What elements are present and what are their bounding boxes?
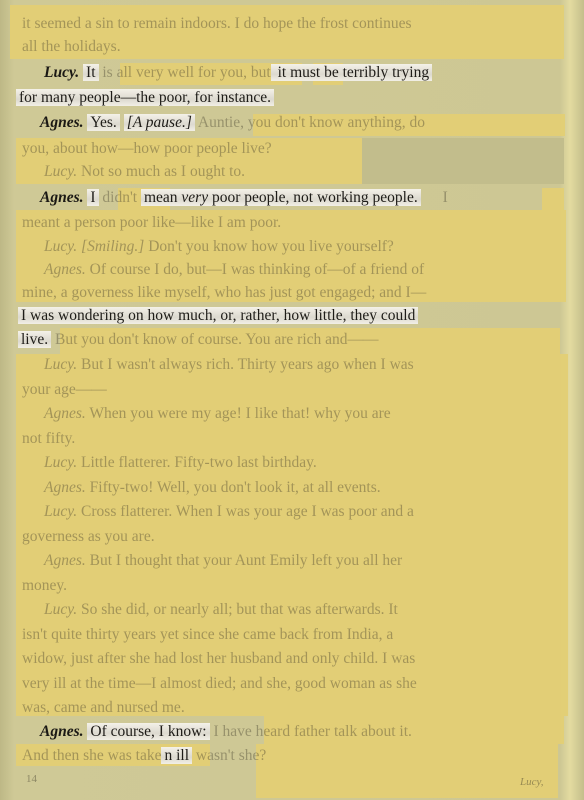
dialogue-line: Agnes. Of course I do, but—I was thinkin… xyxy=(44,260,424,280)
text-line: governess as you are. xyxy=(22,527,155,547)
text-line: not fifty. xyxy=(22,429,75,449)
highlight-block xyxy=(542,188,564,210)
clipped-phrase: mean very poor people, not working peopl… xyxy=(141,189,421,206)
faded-text: And then she was take xyxy=(22,747,161,764)
text-line: you, about how—how poor people live? xyxy=(22,139,272,159)
scanned-book-page: it seemed a sin to remain indoors. I do … xyxy=(0,0,584,800)
dialogue-line: Lucy. It is all very well for you, but i… xyxy=(44,63,432,83)
faded-text: is all very well for you, xyxy=(99,64,251,81)
clipped-word: Yes. xyxy=(87,114,119,131)
faded-text: wasn't she? xyxy=(192,747,266,764)
clipped-phrase: I was wondering on how much, or, rather,… xyxy=(18,307,418,324)
highlight-block xyxy=(256,744,558,798)
text: poor people, not working people. xyxy=(208,189,418,206)
text-line: widow, just after she had lost her husba… xyxy=(22,649,415,669)
faded-text: Auntie, you don't know anything, do xyxy=(198,114,425,131)
stage-direction: [Smiling.] xyxy=(81,238,144,255)
speaker-name: Agnes. xyxy=(44,405,86,422)
speaker-name: Agnes. xyxy=(44,479,86,496)
speaker-name: Lucy. xyxy=(44,163,77,180)
stage-direction: [A pause.] xyxy=(124,114,195,131)
dialogue-line: Agnes. When you were my age! I like that… xyxy=(44,404,391,424)
speaker-name: Lucy. xyxy=(44,601,77,618)
dialogue-line: Lucy. Little flatterer. Fifty-two last b… xyxy=(44,453,317,473)
text-line: mine, a governess like myself, who has j… xyxy=(22,283,426,303)
faded-text: I have heard father talk about it. xyxy=(213,723,411,740)
faded-text: I xyxy=(443,189,448,206)
text-line: isn't quite thirty years yet since she c… xyxy=(22,625,393,645)
text-line: it seemed a sin to remain indoors. I do … xyxy=(22,14,412,34)
faded-text: Not so much as I ought to. xyxy=(81,163,245,180)
dialogue-line: Agnes. But I thought that your Aunt Emil… xyxy=(44,551,402,571)
clipped-word: I xyxy=(87,189,98,206)
speaker-name: Lucy. xyxy=(44,454,77,471)
dialogue-line: Lucy. [Smiling.] Don't you know how you … xyxy=(44,237,394,257)
text: mean xyxy=(144,189,181,206)
dialogue-line: live. But you don't know of course. You … xyxy=(18,330,379,350)
faded-text: Fifty-two! Well, you don't look it, at a… xyxy=(90,479,381,496)
speaker-name: Agnes. xyxy=(40,723,84,740)
dialogue-line: Agnes. I didn't mean very poor people, n… xyxy=(40,188,448,208)
emphasis: very xyxy=(181,189,208,206)
text-line: very ill at the time—I almost died; and … xyxy=(22,674,417,694)
text-line: your age—— xyxy=(22,380,107,400)
clipped-phrase: it must be terribly trying xyxy=(271,64,432,81)
clipped-word: live. xyxy=(18,331,51,348)
dialogue-line: I was wondering on how much, or, rather,… xyxy=(18,306,418,326)
clipped-word: It xyxy=(83,64,98,81)
speaker-name: Lucy. xyxy=(44,238,77,255)
text-line: money. xyxy=(22,576,67,596)
faded-text: Cross flatterer. When I was your age I w… xyxy=(81,503,414,520)
speaker-name: Lucy. xyxy=(44,503,77,520)
text-line: meant a person poor like—like I am poor. xyxy=(22,213,281,233)
dialogue-line: Lucy. But I wasn't always rich. Thirty y… xyxy=(44,355,414,375)
faded-text: didn't xyxy=(99,189,141,206)
text-line: all the holidays. xyxy=(22,37,121,57)
speaker-name: Agnes. xyxy=(40,114,84,131)
dialogue-line: Agnes. Fifty-two! Well, you don't look i… xyxy=(44,478,381,498)
dialogue-line: Lucy. Not so much as I ought to. xyxy=(44,162,245,182)
speaker-name: Agnes. xyxy=(40,189,84,206)
clipped-word: n ill xyxy=(161,747,192,764)
dialogue-line: Lucy. So she did, or nearly all; but tha… xyxy=(44,600,398,620)
dialogue-line: Agnes. Yes. [A pause.] Auntie, you don't… xyxy=(40,113,425,133)
faded-text: but xyxy=(251,64,271,81)
dialogue-line: Agnes. Of course, I know: I have heard f… xyxy=(40,722,412,742)
clipped-phrase: for many people—the poor, for instance. xyxy=(16,89,274,106)
catchword: Lucy, xyxy=(520,776,544,788)
faded-text: So she did, or nearly all; but that was … xyxy=(81,601,398,618)
speaker-name: Agnes. xyxy=(44,552,86,569)
faded-text: But you don't know of course. You are ri… xyxy=(55,331,379,348)
dialogue-line: And then she was taken ill wasn't she? xyxy=(22,746,266,766)
page-number: 14 xyxy=(26,773,37,785)
faded-text: Don't you know how you live yourself? xyxy=(148,238,394,255)
dialogue-line: Lucy. Cross flatterer. When I was your a… xyxy=(44,502,414,522)
speaker-name: Agnes. xyxy=(44,261,86,278)
faded-text: Little flatterer. Fifty-two last birthda… xyxy=(81,454,317,471)
speaker-name: Lucy. xyxy=(44,64,79,81)
clipped-phrase: Of course, I know: xyxy=(87,723,209,740)
faded-text: When you were my age! I like that! why y… xyxy=(89,405,390,422)
speaker-name: Lucy. xyxy=(44,356,77,373)
dialogue-line: for many people—the poor, for instance. xyxy=(16,88,274,108)
faded-text: But I thought that your Aunt Emily left … xyxy=(90,552,403,569)
faded-text: But I wasn't always rich. Thirty years a… xyxy=(81,356,414,373)
faded-region xyxy=(362,138,564,184)
text-line: was, came and nursed me. xyxy=(22,698,185,718)
faded-text: Of course I do, but—I was thinking of—of… xyxy=(90,261,424,278)
